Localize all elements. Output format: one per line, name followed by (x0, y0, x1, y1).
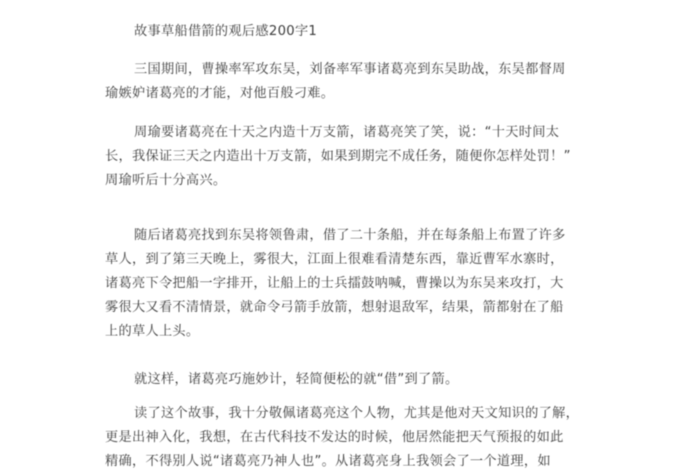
paragraph-line: 上的草人上头。 (105, 322, 199, 342)
paragraph-line: 草人，到了第三天晚上，雾很大，江面上很难看清楚东西，靠近曹军水寨时， (105, 250, 564, 270)
paragraph-line: 精确，不得别人说“诸葛亮乃神人也”。从诸葛亮身上我领会了一个道理，如 (105, 452, 551, 470)
paragraph-line: 就这样，诸葛亮巧施妙计，轻简便松的就“借”到了箭。 (134, 370, 458, 390)
document-page: 故事草船借箭的观后感200字1 三国期间，曹操率军攻东吴，刘备率军事诸葛亮到东吴… (0, 0, 700, 470)
document-title: 故事草船借箭的观后感200字1 (134, 22, 317, 42)
paragraph-line: 诸葛亮下令把船一字排开，让船上的士兵擂鼓呐喊，曹操以为东吴来攻打，大 (105, 274, 564, 294)
paragraph-line: 三国期间，曹操率军攻东吴，刘备率军事诸葛亮到东吴助战，东吴都督周 (134, 60, 566, 80)
paragraph-line: 周瑜听后十分高兴。 (105, 171, 226, 191)
paragraph-line: 雾很大又看不清情景，就命令弓箭手放箭，想射退敌军，结果，箭都射在了船 (105, 298, 564, 318)
paragraph-line: 随后诸葛亮找到东吴将领鲁肃，借了二十条船，并在每条船上布置了许多 (134, 226, 566, 246)
paragraph-line: 更是出神入化，我想，在古代科技不发达的时候，他居然能把天气预报的如此 (105, 428, 564, 448)
paragraph-line: 周瑜要诸葛亮在十天之内造十万支箭，诸葛亮笑了笑，说：“十天时间太 (134, 123, 559, 143)
paragraph-line: 读了这个故事，我十分敬佩诸葛亮这个人物，尤其是他对天文知识的了解， (134, 404, 579, 424)
paragraph-line: 长，我保证三天之内造出十万支箭，如果到期完不成任务，随便你怎样处罚！” (105, 147, 571, 167)
paragraph-line: 瑜嫉妒诸葛亮的才能，对他百般刁难。 (105, 84, 334, 104)
